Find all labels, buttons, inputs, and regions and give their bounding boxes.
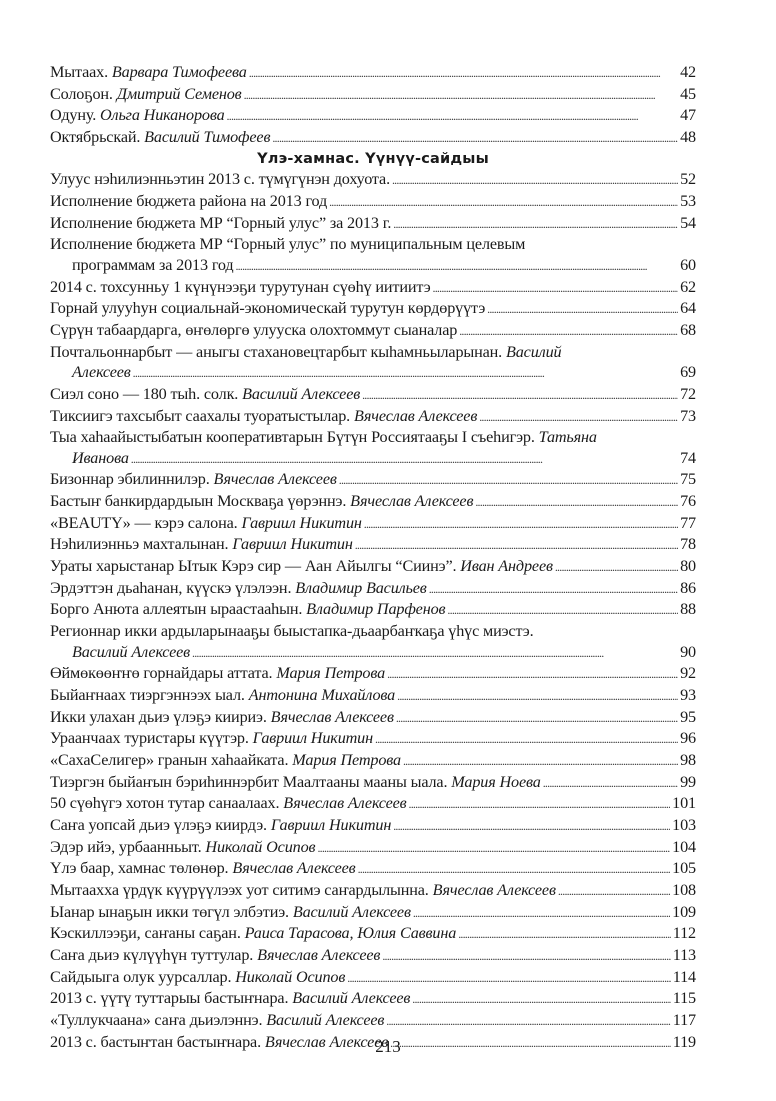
entry-author: Алексеев xyxy=(72,363,131,381)
toc-entry-title-block: Почтальоннарбыт — аныгы стахановецтарбыт… xyxy=(50,342,561,363)
toc-entry-line: Сүрүн табаардарга, өҥөлөргө улууска олох… xyxy=(50,320,696,342)
entry-title: «Туллукчаана» саҥа дьиэлэннэ. xyxy=(50,1011,262,1029)
toc-entry-title-block: Исполнение бюджета района на 2013 год xyxy=(50,191,327,212)
toc-entry-title-block: Бастыҥ банкирдардыын Москваҕа үөрэннэ. В… xyxy=(50,491,473,512)
toc-entry-title-block: Ыанар ынаҕын икки төгүл элбэтиэ. Василий… xyxy=(50,902,411,923)
toc-entry-title-block: Быйаҥнаах тиэргэннээх ыал. Антонина Миха… xyxy=(50,685,395,706)
entry-title: Саҥа дьиэ күлүүһүн туттулар. xyxy=(50,946,253,964)
dot-leader xyxy=(347,967,671,989)
entry-page-number: 117 xyxy=(673,1010,696,1031)
dot-leader xyxy=(249,62,678,84)
entry-author: Владимир Васильев xyxy=(295,579,426,597)
toc-entry-title-block: Одуну. Ольга Никанорова xyxy=(50,105,225,126)
toc-entry[interactable]: Мытаахха үрдүк күүрүүлээх уот ситимэ саҥ… xyxy=(50,880,696,902)
toc-entry-title-block: Иванова xyxy=(72,448,129,469)
toc-entry-line: Ураты харыстанар Ытык Кэрэ сир — Аан Айы… xyxy=(50,556,696,578)
entry-page-number: 52 xyxy=(680,169,696,190)
toc-entry[interactable]: Бизоннар эбилиннилэр. Вячеслав Алексеев7… xyxy=(50,469,696,491)
entry-author: Вячеслав Алексеев xyxy=(433,881,556,899)
toc-entry-continuation: Алексеев69 xyxy=(50,362,696,384)
entry-page-number: 48 xyxy=(680,127,696,148)
entry-page-number: 73 xyxy=(680,406,696,427)
toc-entry-line: Сиэл соно — 180 тыһ. солк. Василий Алекс… xyxy=(50,384,696,406)
toc-entry-line: Исполнение бюджета МР “Горный улус” за 2… xyxy=(50,213,696,235)
entry-author: Вячеслав Алексеев xyxy=(271,708,394,726)
entry-author: Василий Алексеев xyxy=(242,385,360,403)
entry-author: Гавриил Никитин xyxy=(241,514,361,532)
entry-title: Улуус нэһилиэнньэтин 2013 с. түмүгүнэн д… xyxy=(50,170,390,188)
entry-author: Иванова xyxy=(72,449,129,467)
entry-title: Мытаахха үрдүк күүрүүлээх уот ситимэ саҥ… xyxy=(50,881,429,899)
toc-entry[interactable]: Өймөкөөҥҥө горнайдары аттата. Мария Петр… xyxy=(50,663,696,685)
toc-entry-title-block: Саҥа дьиэ күлүүһүн туттулар. Вячеслав Ал… xyxy=(50,945,380,966)
entry-page-number: 42 xyxy=(680,62,696,83)
toc-entry[interactable]: Кэскиллээҕи, саҥаны саҕан. Раиса Тарасов… xyxy=(50,923,696,945)
dot-leader xyxy=(382,945,670,967)
toc-entry-line: Икки улахан дьиэ үлэҕэ киириэ. Вячеслав … xyxy=(50,707,696,729)
entry-author: Николай Осипов xyxy=(205,838,315,856)
toc-entry-title-block: Кэскиллээҕи, саҥаны саҕан. Раиса Тарасов… xyxy=(50,923,456,944)
entry-title: Үлэ баар, хамнас төлөнөр. xyxy=(50,859,228,877)
entry-page-number: 74 xyxy=(680,448,696,469)
toc-entry[interactable]: Ураанчаах туристары күүтэр. Гавриил Ники… xyxy=(50,728,696,750)
dot-leader xyxy=(355,534,678,556)
toc-entry-line: Октябрьскай. Василий Тимофеев48 xyxy=(50,127,696,149)
dot-leader xyxy=(393,213,678,235)
toc-entry-line: Почтальоннарбыт — аныгы стахановецтарбыт… xyxy=(50,342,696,363)
toc-entry[interactable]: Почтальоннарбыт — аныгы стахановецтарбыт… xyxy=(50,342,696,384)
toc-entry[interactable]: 50 сүөһүгэ хотон тутар санаалаах. Вячесл… xyxy=(50,793,696,815)
toc-entry[interactable]: Горнай улууһун социальнай-экономическай … xyxy=(50,298,696,320)
dot-leader xyxy=(339,469,678,491)
entry-page-number: 98 xyxy=(680,750,696,771)
entry-title: «СахаСелигер» гранын хаһаайката. xyxy=(50,751,288,769)
toc-entry[interactable]: Регионнар икки ардыларынааҕы быыстапка-д… xyxy=(50,621,696,663)
dot-leader xyxy=(433,277,679,299)
dot-leader xyxy=(386,1010,670,1032)
entry-title: Эдэр ийэ, урбаанньыт. xyxy=(50,838,202,856)
toc-entry-title-block: «BEAUTY» — кэрэ салона. Гавриил Никитин xyxy=(50,513,362,534)
toc-entry-line: Регионнар икки ардыларынааҕы быыстапка-д… xyxy=(50,621,696,642)
toc-entry-line: Исполнение бюджета района на 2013 год53 xyxy=(50,191,696,213)
toc-entry[interactable]: Ураты харыстанар Ытык Кэрэ сир — Аан Айы… xyxy=(50,556,696,578)
toc-entry[interactable]: Солоҕон. Дмитрий Семенов45 xyxy=(50,84,696,106)
toc-entry-title-block: Исполнение бюджета МР “Горный улус” по м… xyxy=(50,234,525,255)
toc-entry-line: «Туллукчаана» саҥа дьиэлэннэ. Василий Ал… xyxy=(50,1010,696,1032)
entry-title: Кэскиллээҕи, саҥаны саҕан. xyxy=(50,924,241,942)
entry-author: Василий Алексеев xyxy=(72,643,190,661)
toc-entry-line: Саҥа уопсай дьиэ үлэҕэ киирдэ. Гавриил Н… xyxy=(50,815,696,837)
toc-entry-title-block: Бизоннар эбилиннилэр. Вячеслав Алексеев xyxy=(50,469,337,490)
dot-leader xyxy=(358,858,671,880)
entry-title: Сайдыыга олук уурсаллар. xyxy=(50,968,231,986)
entry-page-number: 105 xyxy=(672,858,696,879)
toc-entry[interactable]: Мытаах. Варвара Тимофеева42 xyxy=(50,62,696,84)
toc-entry[interactable]: Сиэл соно — 180 тыһ. солк. Василий Алекс… xyxy=(50,384,696,406)
toc-entry-line: Горнай улууһун социальнай-экономическай … xyxy=(50,298,696,320)
toc-entry[interactable]: Нэһилиэнньэ махталынан. Гавриил Никитин7… xyxy=(50,534,696,556)
entry-title: 2013 с. үүтү туттарыы бастыҥнара. xyxy=(50,989,288,1007)
entry-author: Василий Алексеев xyxy=(266,1011,384,1029)
toc-entry[interactable]: «Туллукчаана» саҥа дьиэлэннэ. Василий Ал… xyxy=(50,1010,696,1032)
toc-entry[interactable]: Сайдыыга олук уурсаллар. Николай Осипов1… xyxy=(50,967,696,989)
entry-title: Нэһилиэнньэ махталынан. xyxy=(50,535,228,553)
entry-page-number: 62 xyxy=(680,277,696,298)
toc-entry-line: 2013 с. үүтү туттарыы бастыҥнара. Васили… xyxy=(50,988,696,1010)
entry-author: Вячеслав Алексеев xyxy=(283,794,406,812)
toc-entry-title-block: Саҥа уопсай дьиэ үлэҕэ киирдэ. Гавриил Н… xyxy=(50,815,391,836)
entry-author: Гавриил Никитин xyxy=(271,816,391,834)
toc-entry-title-block: Тыа хаһаайыстыбатын кооперативтарын Бүтү… xyxy=(50,427,597,448)
dot-leader xyxy=(558,880,670,902)
entry-page-number: 80 xyxy=(680,556,696,577)
dot-leader xyxy=(131,448,678,470)
entry-author: Владимир Парфенов xyxy=(306,600,445,618)
toc-entry-line: Исполнение бюджета МР “Горный улус” по м… xyxy=(50,234,696,255)
dot-leader xyxy=(555,556,678,578)
entry-page-number: 72 xyxy=(680,384,696,405)
entry-page-number: 104 xyxy=(672,837,696,858)
toc-entry-title-block: 50 сүөһүгэ хотон тутар санаалаах. Вячесл… xyxy=(50,793,407,814)
entry-page-number: 47 xyxy=(680,105,696,126)
entry-page-number: 109 xyxy=(672,902,696,923)
toc-entry[interactable]: Борго Анюта аллеятын ыраастааһын. Владим… xyxy=(50,599,696,621)
dot-leader xyxy=(272,127,678,149)
entry-title: Регионнар икки ардыларынааҕы быыстапка-д… xyxy=(50,622,534,640)
entry-page-number: 86 xyxy=(680,578,696,599)
toc-entry-line: Ураанчаах туристары күүтэр. Гавриил Ники… xyxy=(50,728,696,750)
toc-entry[interactable]: Үлэ баар, хамнас төлөнөр. Вячеслав Алекс… xyxy=(50,858,696,880)
dot-leader xyxy=(397,685,678,707)
entry-author: Раиса Тарасова, Юлия Саввина xyxy=(245,924,457,942)
entry-page-number: 112 xyxy=(673,923,696,944)
entry-title: Одуну. xyxy=(50,106,96,124)
toc-entry-title-block: Ураты харыстанар Ытык Кэрэ сир — Аан Айы… xyxy=(50,556,553,577)
entry-page-number: 54 xyxy=(680,213,696,234)
entry-title: программам за 2013 год xyxy=(72,256,233,274)
toc-entry-title-block: Сайдыыга олук уурсаллар. Николай Осипов xyxy=(50,967,345,988)
entry-title: Исполнение бюджета района на 2013 год xyxy=(50,192,327,210)
toc-entry-line: Эдэр ийэ, урбаанньыт. Николай Осипов104 xyxy=(50,837,696,859)
entry-title: Октябрьскай. xyxy=(50,128,140,146)
toc-entry-title-block: «Туллукчаана» саҥа дьиэлэннэ. Василий Ал… xyxy=(50,1010,384,1031)
toc-entry[interactable]: Бастыҥ банкирдардыын Москваҕа үөрэннэ. В… xyxy=(50,491,696,513)
toc-entry-title-block: Василий Алексеев xyxy=(72,642,190,663)
toc-entry-continuation: Иванова74 xyxy=(50,448,696,470)
entry-page-number: 77 xyxy=(680,513,696,534)
entry-page-number: 60 xyxy=(680,255,696,276)
entry-page-number: 76 xyxy=(680,491,696,512)
entry-author: Мария Петрова xyxy=(276,664,385,682)
toc-entry-title-block: программам за 2013 год xyxy=(72,255,233,276)
toc-entry-title-block: Исполнение бюджета МР “Горный улус” за 2… xyxy=(50,213,391,234)
toc-entry-title-block: 2013 с. үүтү туттарыы бастыҥнара. Васили… xyxy=(50,988,410,1009)
entry-page-number: 99 xyxy=(680,772,696,793)
toc-entry-line: Бастыҥ банкирдардыын Москваҕа үөрэннэ. В… xyxy=(50,491,696,513)
toc-entry[interactable]: «СахаСелигер» гранын хаһаайката. Мария П… xyxy=(50,750,696,772)
dot-leader xyxy=(392,169,678,191)
dot-leader xyxy=(364,513,678,535)
dot-leader xyxy=(429,578,678,600)
entry-title: Исполнение бюджета МР “Горный улус” по м… xyxy=(50,235,525,253)
toc-entry-line: «BEAUTY» — кэрэ салона. Гавриил Никитин7… xyxy=(50,513,696,535)
section-heading: Үлэ-хамнас. Үүнүү-сайдыы xyxy=(50,149,696,170)
toc-entry-line: Сайдыыга олук уурсаллар. Николай Осипов1… xyxy=(50,967,696,989)
entry-page-number: 68 xyxy=(680,320,696,341)
toc-entry[interactable]: Ыанар ынаҕын икки төгүл элбэтиэ. Василий… xyxy=(50,902,696,924)
dot-leader xyxy=(413,902,670,924)
entry-title: Борго Анюта аллеятын ыраастааһын. xyxy=(50,600,302,618)
toc-entry-title-block: Борго Анюта аллеятын ыраастааһын. Владим… xyxy=(50,599,445,620)
toc-entry-title-block: Солоҕон. Дмитрий Семенов xyxy=(50,84,242,105)
toc-entry-line: 50 сүөһүгэ хотон тутар санаалаах. Вячесл… xyxy=(50,793,696,815)
toc-entry-title-block: Эрдэттэн дьаһанан, күүскэ үлэлээн. Влади… xyxy=(50,578,427,599)
toc-entry[interactable]: Улуус нэһилиэнньэтин 2013 с. түмүгүнэн д… xyxy=(50,169,696,191)
entry-author: Гавриил Никитин xyxy=(232,535,352,553)
toc-entry-title-block: «СахаСелигер» гранын хаһаайката. Мария П… xyxy=(50,750,401,771)
entry-page-number: 53 xyxy=(680,191,696,212)
toc-entry[interactable]: Эрдэттэн дьаһанан, күүскэ үлэлээн. Влади… xyxy=(50,578,696,600)
dot-leader xyxy=(479,406,678,428)
entry-title: Почтальоннарбыт — аныгы стахановецтарбыт… xyxy=(50,343,502,361)
entry-title: Ураанчаах туристары күүтэр. xyxy=(50,729,249,747)
toc-entry[interactable]: Октябрьскай. Василий Тимофеев48 xyxy=(50,127,696,149)
entry-title: Ураты харыстанар Ытык Кэрэ сир — Аан Айы… xyxy=(50,557,456,575)
entry-author: Вячеслав Алексеев xyxy=(354,407,477,425)
entry-author: Василий Тимофеев xyxy=(144,128,270,146)
toc-entry-title-block: Тиэргэн быйаҥын бэриһиннэрбит Маалтааны … xyxy=(50,772,541,793)
entry-page-number: 88 xyxy=(680,599,696,620)
toc-entry[interactable]: Тиэргэн быйаҥын бэриһиннэрбит Маалтааны … xyxy=(50,772,696,794)
dot-leader xyxy=(458,923,671,945)
dot-leader xyxy=(227,105,679,127)
toc-entry[interactable]: Саҥа дьиэ күлүүһүн туттулар. Вячеслав Ал… xyxy=(50,945,696,967)
dot-leader xyxy=(393,815,670,837)
entry-author: Гавриил Никитин xyxy=(253,729,373,747)
entry-page-number: 103 xyxy=(672,815,696,836)
toc-entry-line: Тиксиигэ тахсыбыт саахалы туоратыстылар.… xyxy=(50,406,696,428)
toc-entry[interactable]: Тиксиигэ тахсыбыт саахалы туоратыстылар.… xyxy=(50,406,696,428)
toc-entry[interactable]: Исполнение бюджета района на 2013 год53 xyxy=(50,191,696,213)
dot-leader xyxy=(543,772,678,794)
dot-leader xyxy=(403,750,678,772)
entry-author: Вячеслав Алексеев xyxy=(257,946,380,964)
toc-entry[interactable]: 2013 с. үүтү туттарыы бастыҥнара. Васили… xyxy=(50,988,696,1010)
entry-author: Мария Ноева xyxy=(451,773,540,791)
toc-entry-line: Өймөкөөҥҥө горнайдары аттата. Мария Петр… xyxy=(50,663,696,685)
dot-leader xyxy=(459,320,678,342)
toc-entry-line: Бизоннар эбилиннилэр. Вячеслав Алексеев7… xyxy=(50,469,696,491)
dot-leader xyxy=(192,642,678,664)
entry-page-number: 64 xyxy=(680,298,696,319)
entry-title: 2014 с. тохсунньу 1 күнүнээҕи турутунан … xyxy=(50,278,431,296)
entry-author: Николай Осипов xyxy=(235,968,345,986)
toc-entry[interactable]: Эдэр ийэ, урбаанньыт. Николай Осипов104 xyxy=(50,837,696,859)
toc-entry-line: Үлэ баар, хамнас төлөнөр. Вячеслав Алекс… xyxy=(50,858,696,880)
toc-entry-line: Кэскиллээҕи, саҥаны саҕан. Раиса Тарасов… xyxy=(50,923,696,945)
toc-entry[interactable]: Сүрүн табаардарга, өҥөлөргө улууска олох… xyxy=(50,320,696,342)
entry-title: Тиксиигэ тахсыбыт саахалы туоратыстылар. xyxy=(50,407,350,425)
toc-entry-line: 2014 с. тохсунньу 1 күнүнээҕи турутунан … xyxy=(50,277,696,299)
toc-entry-title-block: Өймөкөөҥҥө горнайдары аттата. Мария Петр… xyxy=(50,663,385,684)
toc-entry-line: Улуус нэһилиэнньэтин 2013 с. түмүгүнэн д… xyxy=(50,169,696,191)
toc-entry-line: Борго Анюта аллеятын ыраастааһын. Владим… xyxy=(50,599,696,621)
toc-entry-title-block: Эдэр ийэ, урбаанньыт. Николай Осипов xyxy=(50,837,315,858)
entry-author: Ольга Никанорова xyxy=(100,106,225,124)
dot-leader xyxy=(487,298,678,320)
entry-page-number: 95 xyxy=(680,707,696,728)
toc-entry[interactable]: Икки улахан дьиэ үлэҕэ киириэ. Вячеслав … xyxy=(50,707,696,729)
toc-entry-line: «СахаСелигер» гранын хаһаайката. Мария П… xyxy=(50,750,696,772)
entry-title: Тыа хаһаайыстыбатын кооперативтарын Бүтү… xyxy=(50,428,535,446)
dot-leader xyxy=(329,191,678,213)
toc-entry-title-block: Горнай улууһун социальнай-экономическай … xyxy=(50,298,485,319)
toc-entry-title-block: Нэһилиэнньэ махталынан. Гавриил Никитин xyxy=(50,534,353,555)
toc-entry[interactable]: Саҥа уопсай дьиэ үлэҕэ киирдэ. Гавриил Н… xyxy=(50,815,696,837)
dot-leader xyxy=(244,84,679,106)
entry-author: Вячеслав Алексеев xyxy=(232,859,355,877)
entry-page-number: 114 xyxy=(673,967,696,988)
entry-page-number: 101 xyxy=(672,793,696,814)
toc-entry-title-block: Ураанчаах туристары күүтэр. Гавриил Ники… xyxy=(50,728,373,749)
entry-title: Исполнение бюджета МР “Горный улус” за 2… xyxy=(50,214,391,232)
toc-entry-title-block: Үлэ баар, хамнас төлөнөр. Вячеслав Алекс… xyxy=(50,858,356,879)
entry-author: Василий Алексеев xyxy=(292,989,410,1007)
toc-entry[interactable]: 2014 с. тохсунньу 1 күнүнээҕи турутунан … xyxy=(50,277,696,299)
toc-entry-title-block: Улуус нэһилиэнньэтин 2013 с. түмүгүнэн д… xyxy=(50,169,390,190)
dot-leader xyxy=(375,728,678,750)
toc-entry[interactable]: «BEAUTY» — кэрэ салона. Гавриил Никитин7… xyxy=(50,513,696,535)
toc-entry-title-block: Мытаах. Варвара Тимофеева xyxy=(50,62,247,83)
entry-title: Бастыҥ банкирдардыын Москваҕа үөрэннэ. xyxy=(50,492,346,510)
dot-leader xyxy=(409,793,671,815)
dot-leader xyxy=(396,707,678,729)
dot-leader xyxy=(317,837,670,859)
entry-title: Мытаах. xyxy=(50,63,108,81)
toc-entry[interactable]: Быйаҥнаах тиэргэннээх ыал. Антонина Миха… xyxy=(50,685,696,707)
entry-page-number: 113 xyxy=(673,945,696,966)
entry-title: Быйаҥнаах тиэргэннээх ыал. xyxy=(50,686,245,704)
toc-entry-line: Быйаҥнаах тиэргэннээх ыал. Антонина Миха… xyxy=(50,685,696,707)
toc-entry[interactable]: Исполнение бюджета МР “Горный улус” по м… xyxy=(50,234,696,276)
entry-author: Дмитрий Семенов xyxy=(117,85,242,103)
entry-title: Сүрүн табаардарга, өҥөлөргө улууска олох… xyxy=(50,321,457,339)
toc-entry-line: Солоҕон. Дмитрий Семенов45 xyxy=(50,84,696,106)
dot-leader xyxy=(235,255,678,277)
entry-author: Вячеслав Алексеев xyxy=(214,470,337,488)
dot-leader xyxy=(362,384,678,406)
toc-entry-title-block: Сиэл соно — 180 тыһ. солк. Василий Алекс… xyxy=(50,384,360,405)
entry-page-number: 93 xyxy=(680,685,696,706)
entry-page-number: 90 xyxy=(680,642,696,663)
toc-entry-line: Ыанар ынаҕын икки төгүл элбэтиэ. Василий… xyxy=(50,902,696,924)
toc-entry[interactable]: Тыа хаһаайыстыбатын кооперативтарын Бүтү… xyxy=(50,427,696,469)
entry-author: Василий Алексеев xyxy=(293,903,411,921)
page-number: 213 xyxy=(0,1037,776,1057)
entry-title: Ыанар ынаҕын икки төгүл элбэтиэ. xyxy=(50,903,289,921)
entry-author: Василий xyxy=(506,343,561,361)
toc-entry-title-block: Мытаахха үрдүк күүрүүлээх уот ситимэ саҥ… xyxy=(50,880,556,901)
dot-leader xyxy=(475,491,678,513)
entry-title: Солоҕон. xyxy=(50,85,113,103)
toc-entry-continuation: Василий Алексеев90 xyxy=(50,642,696,664)
entry-title: Икки улахан дьиэ үлэҕэ киириэ. xyxy=(50,708,267,726)
entry-page-number: 96 xyxy=(680,728,696,749)
entry-author: Варвара Тимофеева xyxy=(112,63,247,81)
entry-page-number: 115 xyxy=(673,988,696,1009)
entry-page-number: 92 xyxy=(680,663,696,684)
entry-author: Антонина Михайлова xyxy=(249,686,395,704)
toc-entry-title-block: Сүрүн табаардарга, өҥөлөргө улууска олох… xyxy=(50,320,457,341)
entry-author: Вячеслав Алексеев xyxy=(350,492,473,510)
entry-title: Тиэргэн быйаҥын бэриһиннэрбит Маалтааны … xyxy=(50,773,447,791)
entry-title: Бизоннар эбилиннилэр. xyxy=(50,470,210,488)
dot-leader xyxy=(412,988,670,1010)
entry-page-number: 75 xyxy=(680,469,696,490)
toc-entry-title-block: Октябрьскай. Василий Тимофеев xyxy=(50,127,270,148)
dot-leader xyxy=(447,599,678,621)
entry-title: Эрдэттэн дьаһанан, күүскэ үлэлээн. xyxy=(50,579,291,597)
toc-entry-line: Мытаахха үрдүк күүрүүлээх уот ситимэ саҥ… xyxy=(50,880,696,902)
entry-title: Горнай улууһун социальнай-экономическай … xyxy=(50,299,485,317)
toc-entry-line: Тыа хаһаайыстыбатын кооперативтарын Бүтү… xyxy=(50,427,696,448)
dot-leader xyxy=(133,362,678,384)
entry-page-number: 108 xyxy=(672,880,696,901)
toc-entry-continuation: программам за 2013 год60 xyxy=(50,255,696,277)
toc-entry-title-block: Тиксиигэ тахсыбыт саахалы туоратыстылар.… xyxy=(50,406,477,427)
toc-entry-line: Мытаах. Варвара Тимофеева42 xyxy=(50,62,696,84)
table-of-contents: Мытаах. Варвара Тимофеева42Солоҕон. Дмит… xyxy=(50,62,696,1053)
toc-entry-title-block: Икки улахан дьиэ үлэҕэ киириэ. Вячеслав … xyxy=(50,707,394,728)
toc-entry[interactable]: Исполнение бюджета МР “Горный улус” за 2… xyxy=(50,213,696,235)
entry-page-number: 45 xyxy=(680,84,696,105)
toc-entry[interactable]: Одуну. Ольга Никанорова47 xyxy=(50,105,696,127)
entry-page-number: 69 xyxy=(680,362,696,383)
entry-title: Сиэл соно — 180 тыһ. солк. xyxy=(50,385,238,403)
toc-entry-line: Тиэргэн быйаҥын бэриһиннэрбит Маалтааны … xyxy=(50,772,696,794)
toc-entry-title-block: Алексеев xyxy=(72,362,131,383)
entry-page-number: 78 xyxy=(680,534,696,555)
toc-entry-line: Саҥа дьиэ күлүүһүн туттулар. Вячеслав Ал… xyxy=(50,945,696,967)
toc-entry-line: Одуну. Ольга Никанорова47 xyxy=(50,105,696,127)
entry-title: Саҥа уопсай дьиэ үлэҕэ киирдэ. xyxy=(50,816,267,834)
toc-entry-line: Нэһилиэнньэ махталынан. Гавриил Никитин7… xyxy=(50,534,696,556)
entry-title: 50 сүөһүгэ хотон тутар санаалаах. xyxy=(50,794,279,812)
toc-entry-line: Эрдэттэн дьаһанан, күүскэ үлэлээн. Влади… xyxy=(50,578,696,600)
entry-title: Өймөкөөҥҥө горнайдары аттата. xyxy=(50,664,272,682)
entry-author: Мария Петрова xyxy=(292,751,401,769)
toc-entry-title-block: Регионнар икки ардыларынааҕы быыстапка-д… xyxy=(50,621,534,642)
entry-author: Татьяна xyxy=(539,428,597,446)
entry-title: «BEAUTY» — кэрэ салона. xyxy=(50,514,238,532)
dot-leader xyxy=(387,663,678,685)
entry-author: Иван Андреев xyxy=(460,557,553,575)
toc-entry-title-block: 2014 с. тохсунньу 1 күнүнээҕи турутунан … xyxy=(50,277,431,298)
